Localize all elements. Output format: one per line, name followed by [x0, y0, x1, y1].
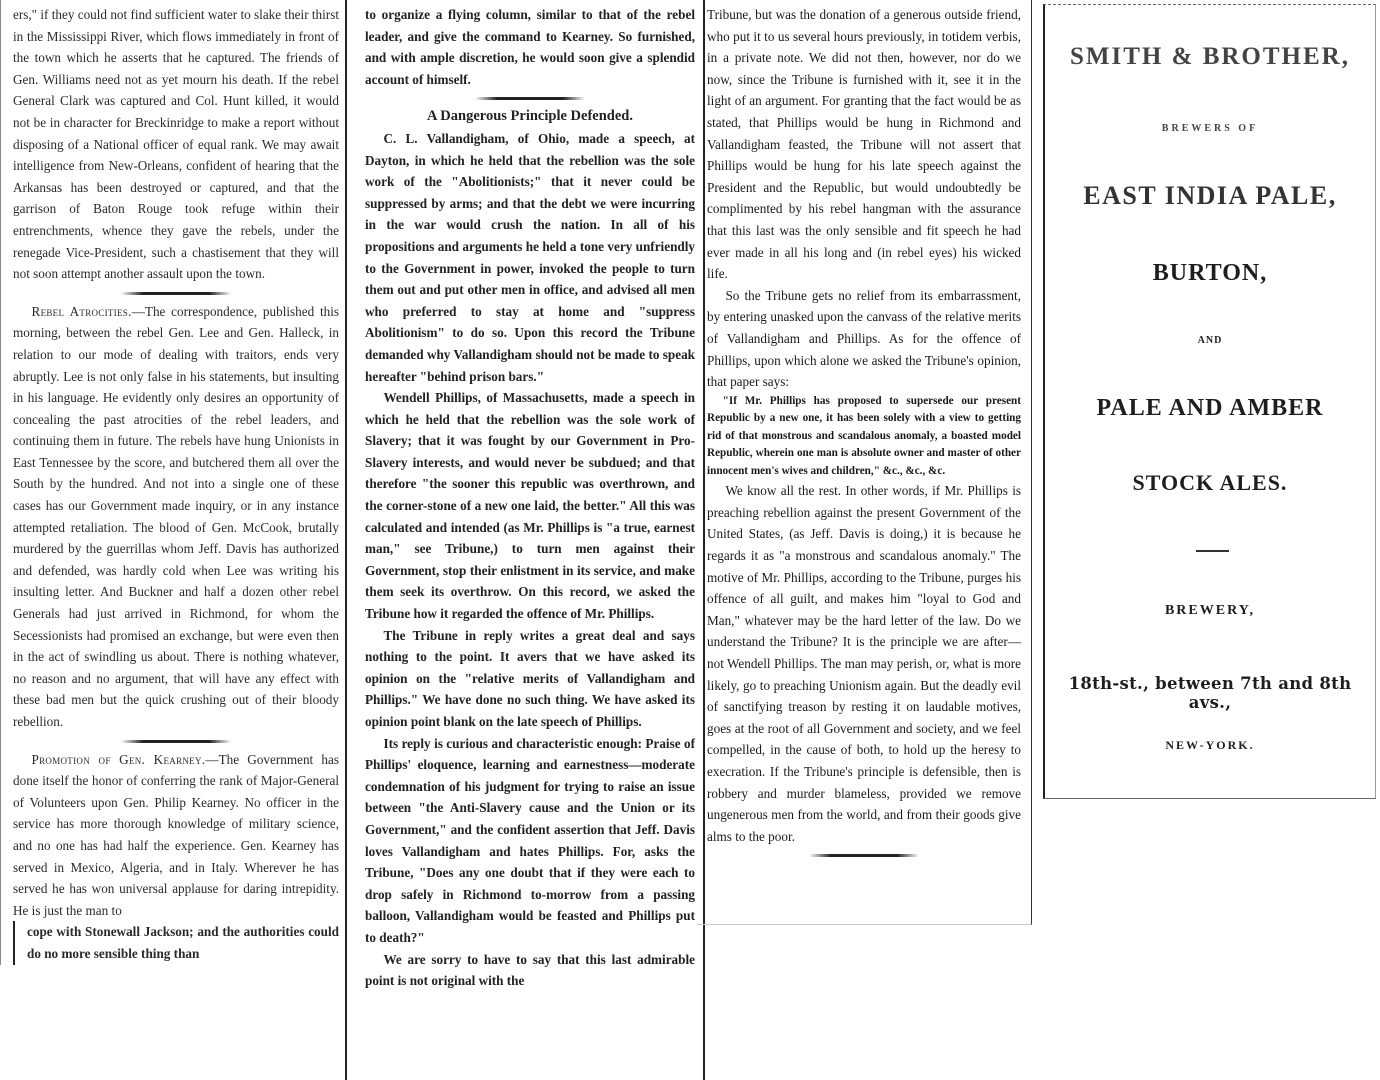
ad-divider [1196, 550, 1229, 552]
paragraph-no-relief: So the Tribune gets no relief from its e… [707, 285, 1021, 393]
paragraph-tribune-donation: Tribune, but was the donation of a gener… [707, 4, 1021, 285]
section-divider [121, 740, 231, 743]
article-lead: Rebel Atrocities. [31, 304, 131, 319]
article-promotion-kearney: Promotion of Gen. Kearney.—The Governmen… [13, 749, 339, 922]
article-williams-continued: ers," if they could not find sufficient … [13, 4, 339, 285]
section-divider [809, 854, 919, 857]
paragraph-not-original: We are sorry to have to say that this la… [365, 949, 695, 992]
ad-product-pale-amber: PALE AND AMBER [1045, 395, 1375, 422]
ad-brewers-of: BREWERS OF [1045, 123, 1375, 134]
column-2: to organize a flying column, similar to … [345, 0, 705, 1080]
paragraph-know-the-rest: We know all the rest. In other words, if… [707, 480, 1021, 847]
article-kearney-boxed-text: cope with Stonewall Jackson; and the aut… [13, 921, 339, 964]
article-kearney-continued: to organize a flying column, similar to … [365, 4, 695, 90]
article-rebel-atrocities: Rebel Atrocities.—The correspondence, pu… [13, 301, 339, 733]
ad-product-stock-ales: STOCK ALES. [1045, 470, 1375, 496]
column-3: Tribune, but was the donation of a gener… [697, 0, 1032, 925]
ad-and: AND [1045, 335, 1375, 346]
ad-city: NEW-YORK. [1045, 738, 1375, 753]
ad-firm-name: SMITH & BROTHER, [1045, 43, 1375, 71]
section-divider [475, 97, 585, 100]
quoted-tribune-passage: "If Mr. Phillips has proposed to superse… [707, 393, 1021, 481]
ad-product-burton: BURTON, [1045, 260, 1375, 287]
paragraph-vallandigham: C. L. Vallandigham, of Ohio, made a spee… [365, 128, 695, 387]
column-1: ers," if they could not find sufficient … [0, 0, 345, 965]
section-divider [121, 292, 231, 295]
article-heading-dangerous-principle: A Dangerous Principle Defended. [365, 106, 695, 128]
brewery-advertisement: SMITH & BROTHER, BREWERS OF EAST INDIA P… [1043, 4, 1376, 799]
paragraph-curious-reply: Its reply is curious and characteristic … [365, 733, 695, 949]
paragraph-tribune-reply: The Tribune in reply writes a great deal… [365, 625, 695, 733]
ad-address: 18th-st., between 7th and 8th avs., [1045, 674, 1375, 712]
ad-brewery-label: BREWERY, [1045, 603, 1375, 619]
article-lead: Promotion of Gen. Kearney. [31, 752, 205, 767]
paragraph-phillips: Wendell Phillips, of Massachusetts, made… [365, 387, 695, 625]
ad-product-east-india-pale: EAST INDIA PALE, [1045, 181, 1375, 211]
